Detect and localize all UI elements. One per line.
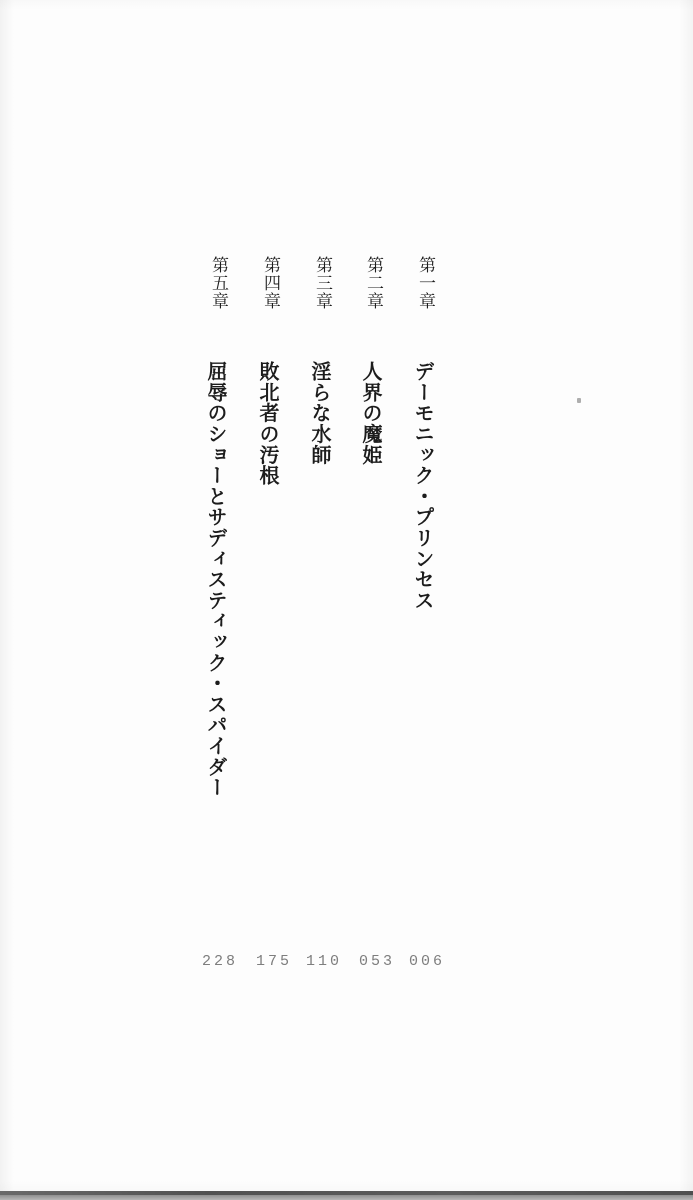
toc-chapter-title-3: 淫らな水師 [311,361,335,465]
toc-chapter-title-4: 敗北者の汚根 [259,361,283,486]
toc-chapter-label-2: 第二章 [362,256,386,310]
scan-speck [577,398,581,403]
toc-chapter-label-3: 第三章 [311,256,335,310]
toc-chapter-title-5: 屈辱のショーとサディスティック・スパイダー [207,361,231,798]
bottom-scan-edge-shadow [0,1195,693,1200]
toc-page-number-3: 110 [296,953,352,970]
toc-chapter-label-1: 第一章 [414,256,438,310]
toc-page-number-5: 228 [192,953,248,970]
toc-page-number-1: 006 [399,953,455,970]
toc-page-number-2: 053 [349,953,405,970]
toc-chapter-label-4: 第四章 [259,256,283,310]
toc-chapter-label-5: 第五章 [207,256,231,310]
toc-page-number-4: 175 [246,953,302,970]
toc-chapter-title-2: 人界の魔姫 [362,361,386,465]
toc-chapter-title-1: デーモニック・プリンセス [414,361,438,611]
scanned-page: 第一章 デーモニック・プリンセス 第二章 人界の魔姫 第三章 淫らな水師 第四章… [0,0,693,1200]
